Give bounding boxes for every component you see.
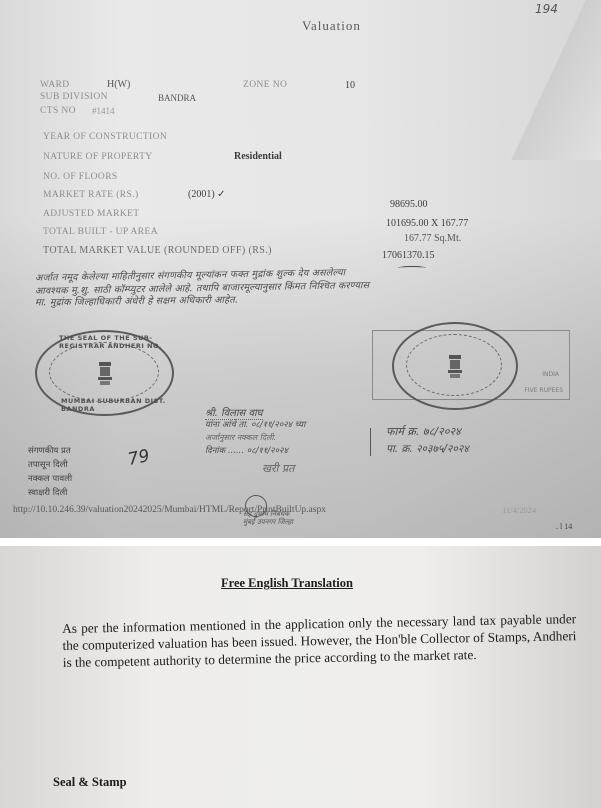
market-rate-figure: 98695.00 — [390, 199, 428, 210]
field-label: YEAR OF CONSTRUCTION — [43, 132, 167, 142]
page-number: पा. क्र. २०३७५/२०२४ — [386, 442, 469, 456]
signature: 79 — [126, 446, 151, 470]
emblem-icon — [94, 358, 116, 388]
valuation-sheet-photo: 194 Valuation WARD H(W) ZONE NO 10 SUB D… — [0, 0, 601, 538]
true-copy-label: खरी प्रत — [262, 461, 294, 476]
marathi-note-line: मा. मुद्रांक जिल्हाधिकारी अंधेरी हे सक्ष… — [35, 293, 238, 309]
field-label: TOTAL MARKET VALUE (ROUNDED OFF) (RS.) — [43, 245, 272, 256]
corner-mark: . l 14 — [556, 522, 572, 531]
print-date: 11/4/2024 — [502, 505, 536, 515]
computer-copy-note: संगणकीय प्रत तपासून दिली नक्कल पावली स्व… — [28, 444, 72, 500]
note-line: संगणकीय प्रत — [28, 444, 72, 458]
certified-copy-line: अर्जानुसार नक्कल दिली. — [205, 432, 276, 443]
form-number: फार्म क्र. ७८/२०२४ — [386, 424, 461, 439]
built-up-area-figure: 167.77 Sq.Mt. — [404, 233, 461, 244]
sub-division-label: SUB DIVISION — [40, 92, 108, 102]
emblem-icon — [444, 351, 466, 381]
zone-label: ZONE NO — [243, 80, 287, 90]
field-label: TOTAL BUILT - UP AREA — [43, 227, 158, 237]
divider — [370, 428, 371, 456]
underline-mark — [398, 266, 426, 270]
field-label: NATURE OF PROPERTY — [43, 152, 153, 162]
translation-body: As per the information mentioned in the … — [62, 610, 577, 671]
certified-date-line: यांना आंचे ता. ०८/११/२०२४ च्या — [205, 419, 305, 430]
field-label: ADJUSTED MARKET — [43, 209, 140, 219]
zone-value: 10 — [345, 80, 355, 91]
source-url: http://10.10.246.39/valuation20242025/Mu… — [13, 505, 326, 515]
note-line: तपासून दिली — [28, 458, 72, 472]
field-label: MARKET RATE (RS.) — [43, 190, 139, 200]
sub-division-value: BANDRA — [158, 93, 196, 103]
field-label: NO. OF FLOORS — [43, 172, 118, 182]
cts-label: CTS NO — [40, 106, 76, 116]
seal-outer-text: THE SEAL OF THE SUB-REGISTRAR ANDHERI NO… — [59, 334, 172, 350]
sub-registrar-seal-2 — [392, 322, 518, 410]
seal-stamp-label: Seal & Stamp — [53, 775, 127, 790]
stamp-label-india: INDIA — [542, 371, 559, 378]
ward-label: WARD — [40, 80, 70, 90]
seal-bottom-text: MUMBAI SUBURBAN DIST. BANDRA — [61, 397, 172, 413]
field-value-market-rate-year: (2001) ✓ — [188, 189, 226, 200]
adjusted-market-calc: 101695.00 X 167.77 — [386, 218, 468, 229]
sub-registrar-seal: THE SEAL OF THE SUB-REGISTRAR ANDHERI NO… — [35, 330, 174, 416]
stamp-label-value: FIVE RUPEES — [524, 387, 563, 394]
office-stamp-line: मुंबई उपनगर जिल्हा — [243, 518, 293, 526]
note-line: स्वाक्षरी दिली — [28, 486, 72, 500]
note-line: नक्कल पावली — [28, 472, 72, 486]
total-market-value: 17061370.15 — [382, 250, 435, 261]
page-mark: 194 — [535, 2, 558, 16]
cts-value: #1414 — [92, 106, 115, 116]
field-value-nature: Residential — [234, 151, 282, 162]
translation-heading: Free English Translation — [221, 576, 353, 591]
certified-name: श्री. विलास वाघ — [205, 405, 263, 420]
paper-fold — [511, 0, 601, 160]
ward-value: H(W) — [107, 79, 130, 90]
certified-date: दिनांक ...... ०८/११/२०२४ — [205, 445, 288, 456]
page-title: Valuation — [302, 18, 361, 34]
translation-photo: Free English Translation Seal & Stamp — [0, 546, 601, 808]
